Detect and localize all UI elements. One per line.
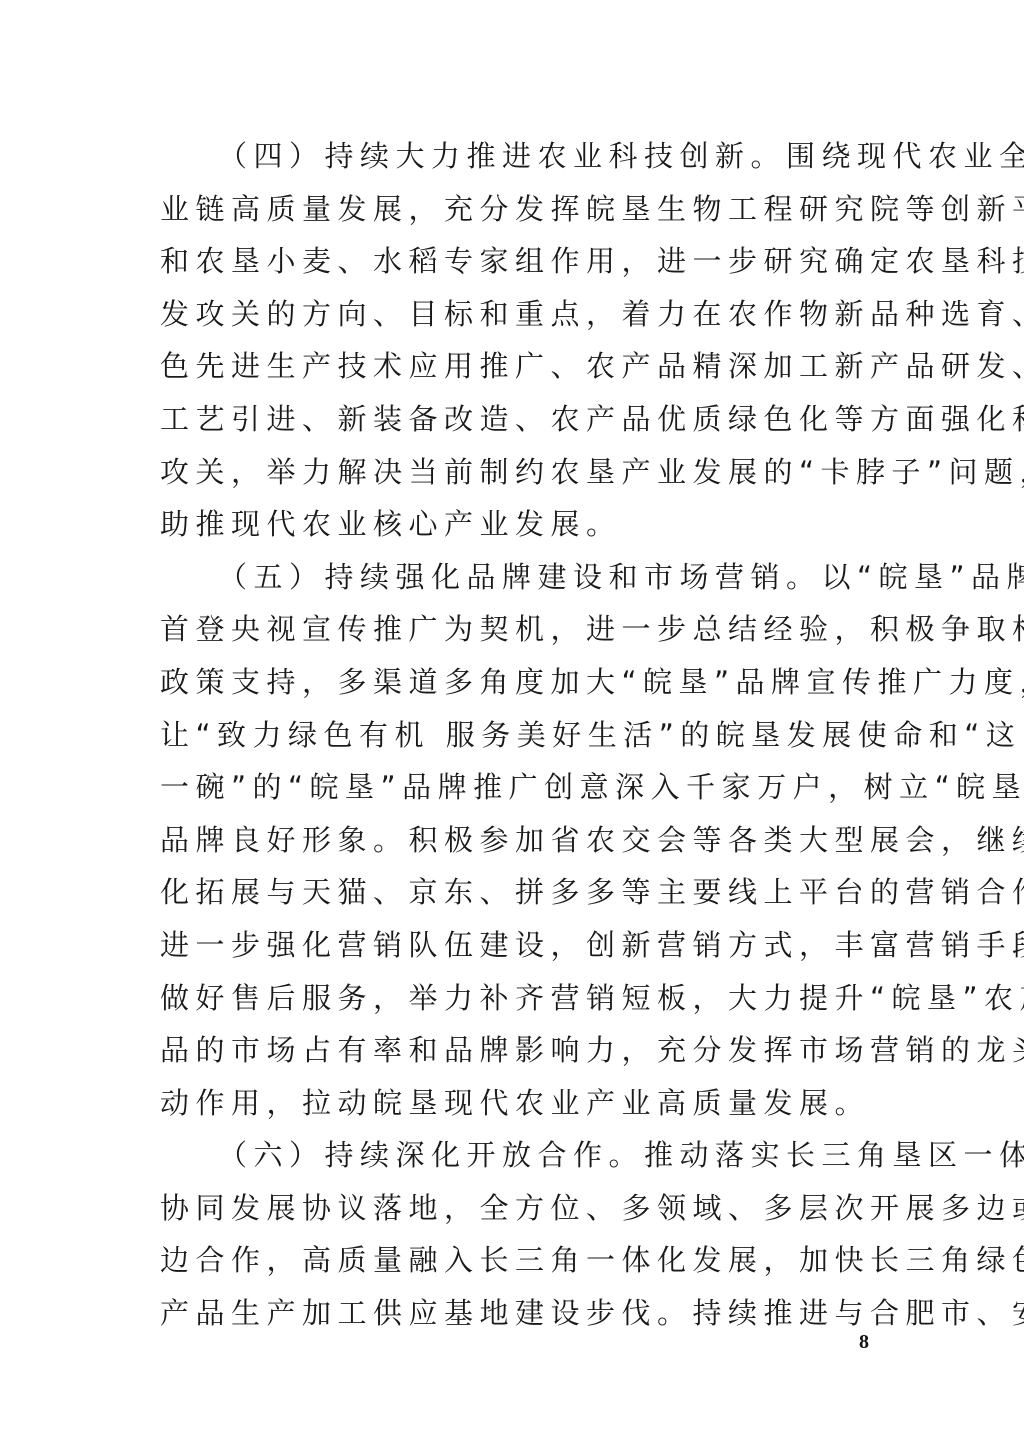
text-line: （四）持续大力推进农业科技创新。围绕现代农业全产: [160, 130, 872, 183]
text-line: 化拓展与天猫、京东、拼多多等主要线上平台的营销合作，: [160, 866, 872, 919]
text-line: 协同发展协议落地，全方位、多领域、多层次开展多边或双: [160, 1182, 872, 1235]
text-line: 让“致力绿色有机 服务美好生活”的皖垦发展使命和“这: [160, 709, 872, 762]
paragraph-section-4: （四）持续大力推进农业科技创新。围绕现代农业全产 业链高质量发展，充分发挥皖垦生…: [160, 130, 872, 551]
text-line: （六）持续深化开放合作。推动落实长三角垦区一体化: [160, 1129, 872, 1182]
paragraph-section-5: （五）持续强化品牌建设和市场营销。以“皖垦”品牌 首登央视宣传推广为契机，进一步…: [160, 551, 872, 1130]
text-line: 色先进生产技术应用推广、农产品精深加工新产品研发、新: [160, 340, 872, 393]
text-line: 做好售后服务，举力补齐营销短板，大力提升“皖垦”农产: [160, 972, 872, 1025]
text-line: 发攻关的方向、目标和重点，着力在农作物新品种选育、绿: [160, 288, 872, 341]
text-line: 助推现代农业核心产业发展。: [160, 498, 872, 551]
document-body: （四）持续大力推进农业科技创新。围绕现代农业全产 业链高质量发展，充分发挥皖垦生…: [160, 130, 872, 1340]
text-line: 产品生产加工供应基地建设步伐。持续推进与合肥市、安庆: [160, 1287, 872, 1340]
text-line: 动作用，拉动皖垦现代农业产业高质量发展。: [160, 1077, 872, 1130]
text-line: 政策支持，多渠道多角度加大“皖垦”品牌宣传推广力度，: [160, 656, 872, 709]
text-line: 进一步强化营销队伍建设，创新营销方式，丰富营销手段，: [160, 919, 872, 972]
text-line: 边合作，高质量融入长三角一体化发展，加快长三角绿色农: [160, 1234, 872, 1287]
text-line: 业链高质量发展，充分发挥皖垦生物工程研究院等创新平台: [160, 183, 872, 236]
paragraph-section-6: （六）持续深化开放合作。推动落实长三角垦区一体化 协同发展协议落地，全方位、多领…: [160, 1129, 872, 1339]
text-line: （五）持续强化品牌建设和市场营销。以“皖垦”品牌: [160, 551, 872, 604]
text-line: 攻关，举力解决当前制约农垦产业发展的“卡脖子”问题，: [160, 446, 872, 499]
text-line: 品的市场占有率和品牌影响力，充分发挥市场营销的龙头带: [160, 1024, 872, 1077]
text-line: 品牌良好形象。积极参加省农交会等各类大型展会，继续深: [160, 814, 872, 867]
page-number: 8: [859, 1331, 869, 1354]
text-line: 一碗”的“皖垦”品牌推广创意深入千家万户，树立“皖垦”: [160, 761, 872, 814]
text-line: 和农垦小麦、水稻专家组作用，进一步研究确定农垦科技研: [160, 235, 872, 288]
text-line: 工艺引进、新装备改造、农产品优质绿色化等方面强化科技: [160, 393, 872, 446]
text-line: 首登央视宣传推广为契机，进一步总结经验，积极争取相关: [160, 603, 872, 656]
